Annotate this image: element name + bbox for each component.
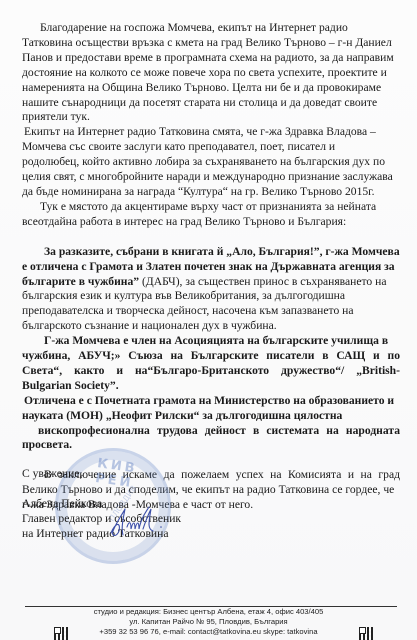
text-line: Г-жа Момчева е член на Асоцияцията на бъ… (22, 334, 400, 349)
text-line: просвета. (22, 438, 400, 453)
text-line: българите в чужбина” (ДАБЧ), за съществе… (22, 275, 400, 290)
paragraph-nomination: Екипът на Интернет радио Татковина смята… (22, 125, 400, 200)
text-line: намеренията на Община Велико Търново. Це… (22, 81, 400, 96)
text-line: е отличена с Грамота и Златен почетен зн… (22, 260, 400, 275)
qr-code-icon (54, 627, 68, 640)
text-line: Татковина осъществи връзка с кмета на гр… (22, 36, 400, 51)
text-line: преподавателска и творческа дейност, нас… (22, 304, 400, 319)
award-mon: Отличена е с Почетната грамота на Минист… (22, 394, 400, 454)
qr-code-icon (359, 627, 373, 640)
spacer (22, 230, 400, 245)
paragraph-recognitions-intro: Тук е мястото да акцентираме върху част … (22, 200, 400, 230)
text-line: Панов и предостави време в програмната с… (22, 51, 400, 66)
award-dabch: За разказите, събрани в книгата й „Ало, … (22, 245, 400, 334)
footer-address-studio: студио и редакция: Бизнес център Албена,… (0, 607, 417, 617)
text-line: нашите сънародници да посетят старата ни… (22, 96, 400, 111)
text-line: Bulgarian Society”. (22, 379, 400, 394)
text-line: българското съзнание и национален дух в … (22, 319, 400, 334)
text-line: вископрофесионална трудова дейност в сис… (22, 424, 400, 439)
letter-body: Благодарение на госпожа Момчева, екипът … (22, 21, 400, 513)
text-line: Тук е мястото да акцентираме върху част … (22, 200, 400, 215)
text-line: да бъде номинирана за награда “Култура“ … (22, 185, 400, 200)
text-fragment: (ДАБЧ), за съществен принос в съхраняван… (139, 275, 386, 288)
text-line: българския език и култура във Великобрит… (22, 289, 400, 304)
scanned-letter-page: Благодарение на госпожа Момчева, екипът … (0, 0, 417, 640)
closing-salutation: С уважение, (22, 467, 272, 482)
text-line: Момчева със своите заслуги като преподав… (22, 140, 400, 155)
text-line: всеотдайна работа в интерес на град Вели… (22, 215, 400, 230)
bold-fragment: българите в чужбина” (22, 275, 139, 288)
award-memberships: Г-жа Момчева е член на Асоцияцията на бъ… (22, 334, 400, 394)
text-line: Екипът на Интернет радио Татковина смята… (22, 125, 400, 140)
handwritten-signature-icon (107, 503, 167, 543)
text-line: Света“, както и на“Българо-Британското д… (22, 364, 400, 379)
text-line: Отличена е с Почетната грамота на Минист… (22, 394, 400, 409)
text-line: За разказите, събрани в книгата й „Ало, … (22, 245, 400, 260)
text-line: достояние на колкото се може повече хора… (22, 66, 400, 81)
paragraph-intro: Благодарение на госпожа Момчева, екипът … (22, 21, 400, 125)
text-line: Благодарение на госпожа Момчева, екипът … (22, 21, 400, 36)
text-line: приятели тук. (22, 110, 400, 125)
text-line: науката (МОН) „Неофит Рилски“ за дългого… (22, 409, 400, 424)
text-line: родолюбец, който активно лобира за съхра… (22, 155, 400, 170)
text-line: целия свят, с многобройните наради и меж… (22, 170, 400, 185)
spacer (22, 482, 272, 497)
text-line: чужбина, АБУЧ;» Съюза на Българските пис… (22, 349, 400, 364)
footer-address-street: ул. Капитан Райчо № 95, Пловдив, Българи… (0, 617, 417, 627)
